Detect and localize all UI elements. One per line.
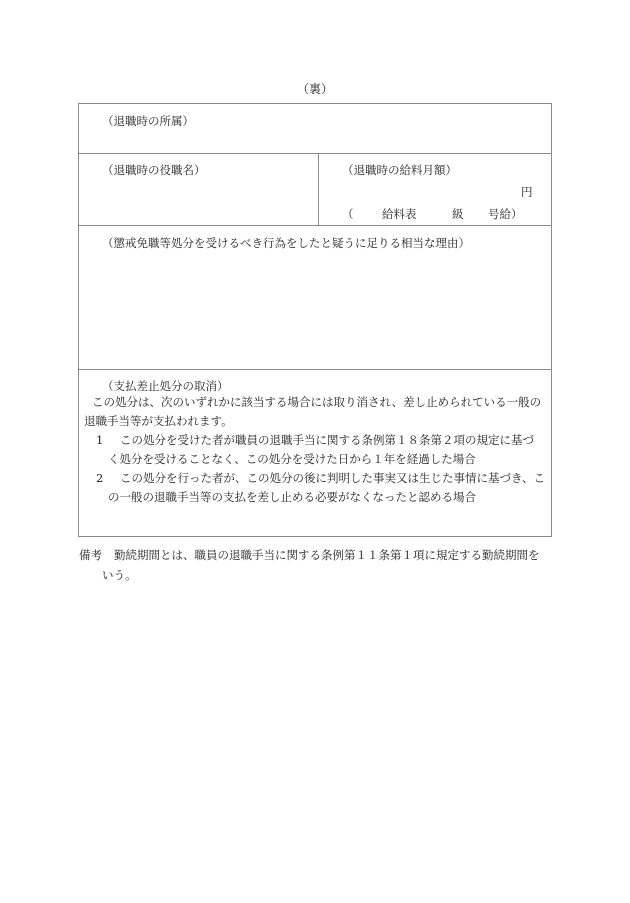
salary-step-label: 号給）: [488, 206, 523, 222]
affiliation-field[interactable]: [80, 105, 550, 152]
position-field[interactable]: [80, 154, 317, 224]
cancellation-intro-line1: この処分は、次のいずれかに該当する場合には取り消され、差し止められている一般の: [92, 393, 541, 412]
cancellation-intro-line2: 退職手当等が支払われます。: [84, 412, 233, 431]
column-divider: [318, 153, 319, 225]
item-2-line2: の一般の退職手当等の支払を差し止める必要がなくなったと認める場合: [108, 488, 476, 507]
salary-amount-field[interactable]: [320, 176, 510, 200]
reason-field[interactable]: [80, 252, 550, 367]
salary-unit: 円: [521, 184, 533, 200]
item-2-line1: この処分を行った者が、この処分の後に判明した事実又は生じた事情に基づき、こ: [120, 469, 545, 488]
cancellation-heading: （支払差止処分の取消）: [102, 378, 229, 394]
item-1-number: 1: [96, 431, 103, 450]
remarks: 備考勤続期間とは、職員の退職手当に関する条例第１１条第１項に規定する勤続期間を …: [79, 545, 559, 585]
remarks-label: 備考: [79, 548, 102, 562]
item-2-number: 2: [96, 469, 103, 488]
page-title: （裏）: [0, 80, 630, 97]
salary-table-open: （: [342, 206, 354, 222]
row-divider: [79, 369, 551, 370]
remarks-line2: いう。: [79, 565, 559, 585]
form-table: （退職時の所属） （退職時の役職名） （退職時の給料月額） 円 （ 給料表 級 …: [78, 103, 552, 537]
item-1-line2: く処分を受けることなく、この処分を受けた日から１年を経過した場合: [108, 450, 476, 469]
remarks-line1: 勤続期間とは、職員の退職手当に関する条例第１１条第１項に規定する勤続期間を: [114, 548, 540, 562]
row-divider: [79, 225, 551, 226]
item-1-line1: この処分を受けた者が職員の退職手当に関する条例第１８条第２項の規定に基づ: [120, 431, 534, 450]
salary-grade-label: 級: [452, 206, 464, 222]
salary-table-label: 給料表: [382, 206, 417, 222]
reason-label: （懲戒免職等処分を受けるべき行為をしたと疑うに足りる相当な理由）: [102, 235, 470, 251]
